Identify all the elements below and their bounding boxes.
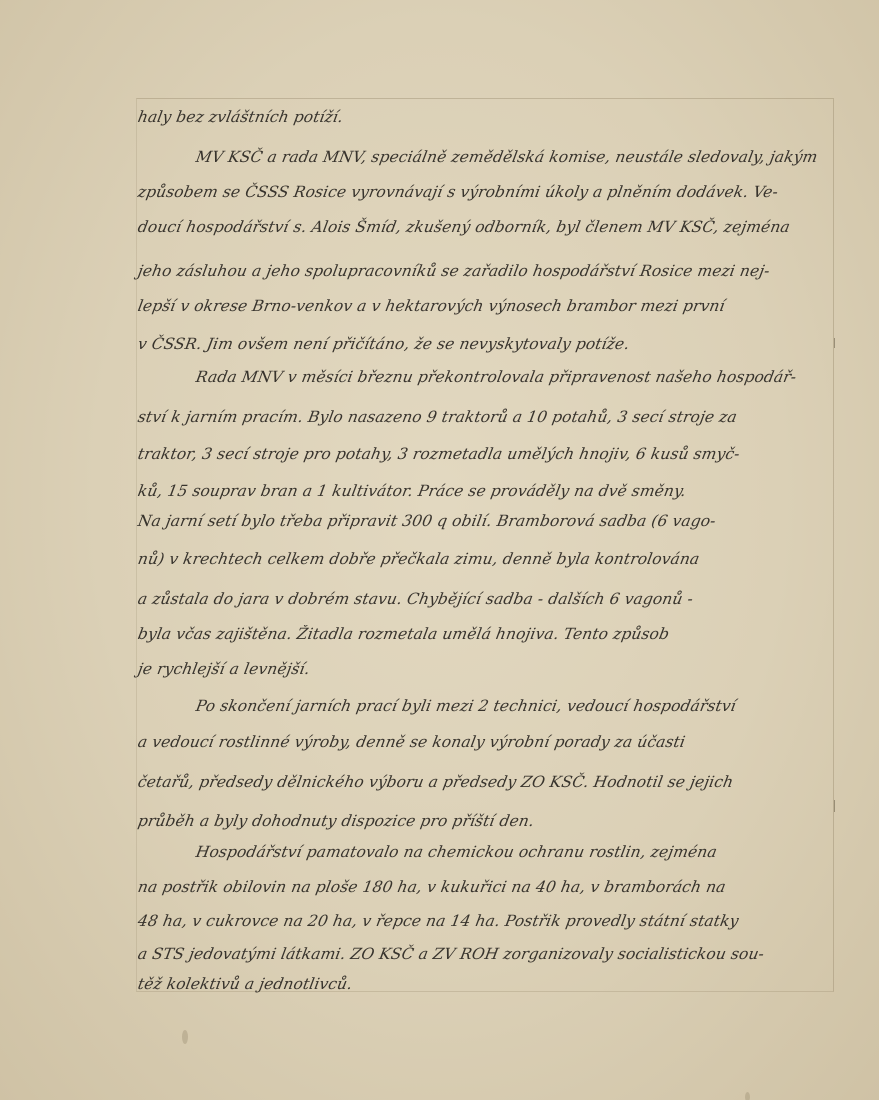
handwritten-line: je rychlejší a levnější. [136,660,311,678]
handwritten-line: Po skončení jarních prací byli mezi 2 te… [194,697,737,715]
handwritten-line: jeho zásluhou a jeho spolupracovníků se … [136,262,771,280]
handwritten-line: těž kolektivů a jednotlivců. [136,975,353,993]
handwritten-line: způsobem se ČSSS Rosice vyrovnávají s vý… [136,183,779,201]
handwritten-line: 48 ha, v cukrovce na 20 ha, v řepce na 1… [136,912,740,930]
handwritten-line: doucí hospodářství s. Alois Šmíd, zkušen… [136,218,791,236]
handwritten-line: ství k jarním pracím. Bylo nasazeno 9 tr… [136,408,738,426]
handwritten-line: lepší v okrese Brno-venkov a v hektarový… [136,297,726,315]
handwritten-line: v ČSSR. Jim ovšem není přičítáno, že se … [136,335,631,353]
handwritten-line: Rada MNV v měsíci březnu překontrolovala… [194,368,797,386]
handwritten-line: ků, 15 souprav bran a 1 kultivátor. Prác… [136,482,687,500]
handwritten-line: Na jarní setí bylo třeba připravit 300 q… [136,512,717,530]
handwritten-line: Hospodářství pamatovalo na chemickou och… [194,843,718,861]
handwritten-line: na postřik obilovin na ploše 180 ha, v k… [136,878,727,896]
paper-stain [182,1030,188,1044]
handwritten-line: nů) v krechtech celkem dobře přečkala zi… [136,550,701,568]
handwritten-line: haly bez zvláštních potíží. [136,108,344,126]
margin-tick [834,338,835,348]
margin-tick [834,800,835,812]
handwritten-line: a STS jedovatými látkami. ZO KSČ a ZV RO… [136,945,765,963]
handwritten-line: a zůstala do jara v dobrém stavu. Chyběj… [136,590,694,608]
scanned-page: haly bez zvláštních potíží. MV KSČ a rad… [0,0,879,1100]
paper-stain [745,1092,750,1100]
handwritten-line: průběh a byly dohodnuty dispozice pro př… [136,812,535,830]
handwritten-line: traktor, 3 secí stroje pro potahy, 3 roz… [136,445,741,463]
handwritten-line: četařů, předsedy dělnického výboru a pře… [136,773,734,791]
handwritten-line: a vedoucí rostlinné výroby, denně se kon… [136,733,686,751]
handwritten-line: MV KSČ a rada MNV, speciálně zemědělská … [194,148,819,166]
handwritten-line: byla včas zajištěna. Žitadla rozmetala u… [136,625,670,643]
